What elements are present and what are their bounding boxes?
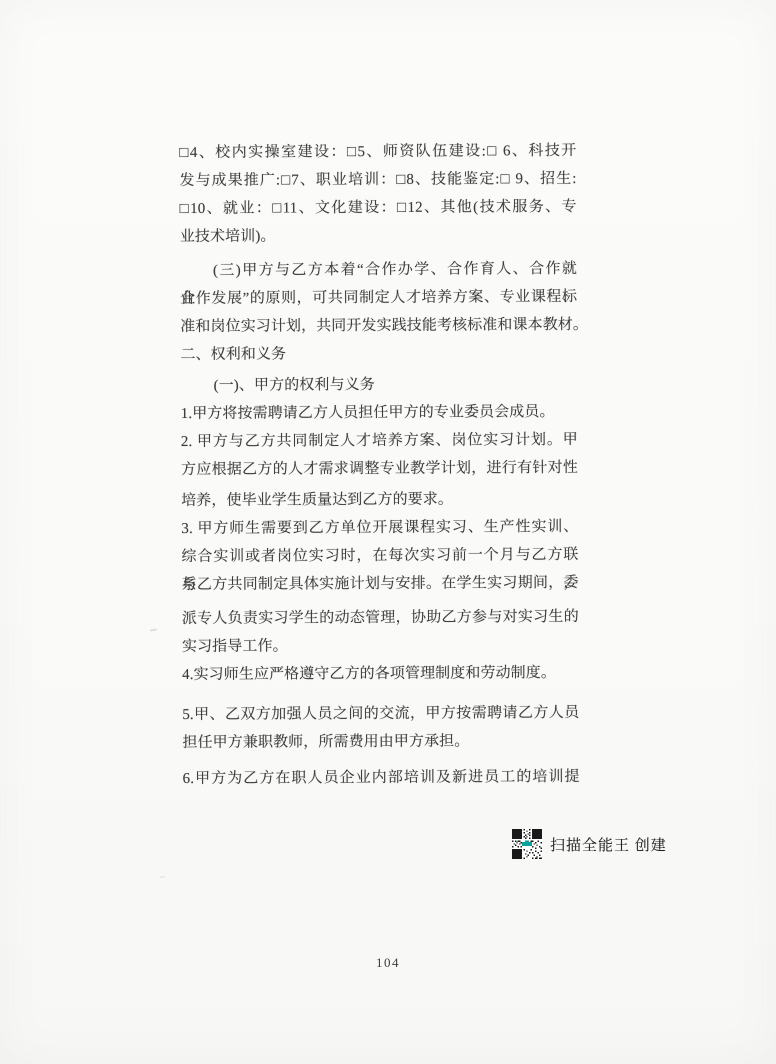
- text-line: (三)甲方与乙方本着“合作办学、合作育人、合作就业、: [180, 255, 577, 285]
- page-number: 104: [0, 955, 776, 971]
- text-line: 6.甲方为乙方在职人员企业内部培训及新进员工的培训提: [183, 763, 580, 793]
- scanned-page: □4、校内实操室建设：□5、师资队伍建设:□ 6、科技开 发与成果推广:□7、职…: [0, 0, 776, 1064]
- section-heading-line: 二、权利和义务: [180, 339, 577, 369]
- scan-artifact: [150, 629, 157, 632]
- scan-artifact: [160, 876, 165, 878]
- text-line: 1.甲方将按需聘请乙方人员担任甲方的专业委员会成员。: [181, 398, 578, 428]
- text-line: 合作发展”的原则，可共同制定人才培养方案、专业课程标: [180, 283, 577, 313]
- text-line: 培养，使毕业学生质量达到乙方的要求。: [181, 485, 578, 515]
- text-line: 担任甲方兼职教师，所需费用由甲方承担。: [182, 727, 579, 757]
- text-line: 综合实训或者岗位实习时，在每次实习前一个月与乙方联系，: [181, 541, 578, 571]
- text-line: 4.实习师生应严格遵守乙方的各项管理制度和劳动制度。: [182, 659, 579, 689]
- text-line: 3. 甲方师生需要到乙方单位开展课程实习、生产性实训、: [181, 513, 578, 543]
- scanner-watermark: 扫描全能王 创建: [512, 829, 667, 859]
- text-line: 实习指导工作。: [182, 631, 579, 661]
- text-line: 发与成果推广:□7、职业培训：□8、技能鉴定:□ 9、招生:: [179, 165, 576, 195]
- text-line: 方应根据乙方的人才需求调整专业教学计划，进行有针对性: [181, 454, 578, 484]
- text-line: 业技术培训)。: [180, 221, 577, 251]
- subsection-heading-line: (一)、甲方的权利与义务: [181, 370, 578, 400]
- text-line: 5.甲、乙双方加强人员之间的交流，甲方按需聘请乙方人员: [182, 699, 579, 729]
- watermark-label: 扫描全能王 创建: [550, 834, 667, 855]
- text-line: 准和岗位实习计划，共同开发实践技能考核标准和课本教材。: [180, 311, 577, 341]
- document-text-block: □4、校内实操室建设：□5、师资队伍建设:□ 6、科技开 发与成果推广:□7、职…: [179, 137, 579, 793]
- text-line: 与乙方共同制定具体实施计划与安排。在学生实习期间，委: [182, 569, 579, 599]
- text-line: □4、校内实操室建设：□5、师资队伍建设:□ 6、科技开: [179, 137, 576, 167]
- text-line: 派专人负责实习学生的动态管理，协助乙方参与对实习生的: [182, 603, 579, 633]
- text-line: 2. 甲方与乙方共同制定人才培养方案、岗位实习计划。甲: [181, 426, 578, 456]
- text-line: □10、就业：□11、文化建设：□12、其他(技术服务、专: [180, 193, 577, 223]
- qr-code-icon: [512, 829, 542, 859]
